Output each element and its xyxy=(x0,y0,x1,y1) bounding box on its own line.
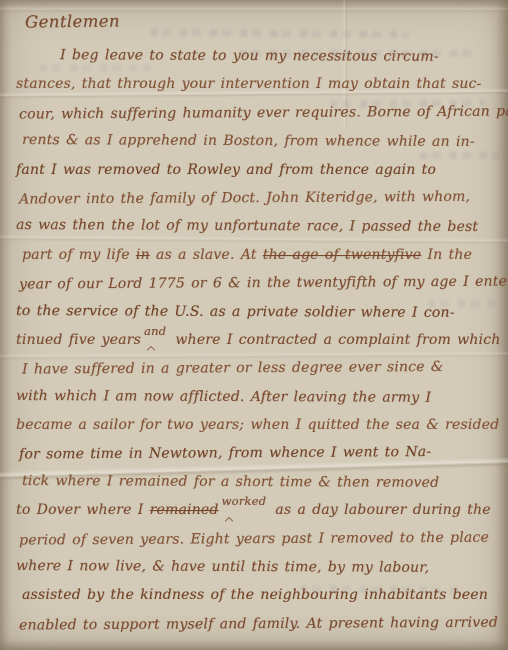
line-text: with which I am now afflicted. After lea… xyxy=(16,388,431,406)
line-text: period of seven years. Eight years past … xyxy=(19,529,489,548)
manuscript-line: enabled to support myself and family. At… xyxy=(19,608,502,639)
manuscript-line: with which I am now afflicted. After lea… xyxy=(16,382,502,413)
manuscript-line: rents & as I apprehend in Boston, from w… xyxy=(22,126,502,156)
manuscript-line-with-insertion: tinued five yearsand where I contracted … xyxy=(16,326,502,354)
line-text: part of my life xyxy=(22,247,136,263)
manuscript-line: for some time in Newtown, from whence I … xyxy=(19,438,502,469)
manuscript-line: as was then the lot of my unfortunate ra… xyxy=(16,211,502,242)
manuscript-line: cour, which suffering humanity ever requ… xyxy=(19,97,502,128)
manuscript-line: Andover into the family of Doct. John Ki… xyxy=(19,182,502,213)
line-text: Andover into the family of Doct. John Ki… xyxy=(19,189,470,208)
manuscript-line: to the service of the U.S. as a private … xyxy=(16,296,502,327)
line-text: stances, that through your intervention … xyxy=(16,76,481,92)
line-text: rents & as I apprehend in Boston, from w… xyxy=(22,132,475,150)
line-text: where I now live, & have until this time… xyxy=(16,558,429,576)
line-text: fant I was removed to Rowley and from th… xyxy=(16,162,436,178)
manuscript-line-with-corrections: part of my life in as a slave. At the ag… xyxy=(22,241,502,269)
line-text: to Dover where I xyxy=(16,502,150,518)
line-text: cour, which suffering humanity ever requ… xyxy=(19,103,508,122)
letter-body: I beg leave to state to you my necessito… xyxy=(16,42,502,638)
manuscript-line: period of seven years. Eight years past … xyxy=(19,523,502,554)
inserted-word: and xyxy=(144,317,166,345)
line-text: as a slave. At xyxy=(150,247,263,263)
line-text: to the service of the U.S. as a private … xyxy=(16,302,455,320)
manuscript-line: I beg leave to state to you my necessito… xyxy=(16,41,502,72)
manuscript-line: I have suffered in a greater or less deg… xyxy=(22,353,502,384)
manuscript-line: assisted by the kindness of the neighbou… xyxy=(22,581,502,609)
line-text: for some time in Newtown, from whence I … xyxy=(19,444,431,463)
line-text: I have suffered in a greater or less deg… xyxy=(22,359,444,378)
manuscript-page: Gentlemen I beg leave to state to you my… xyxy=(0,0,508,650)
line-text: In the xyxy=(421,247,472,263)
manuscript-line: became a sailor for two years; when I qu… xyxy=(16,411,502,439)
line-text: where I contracted a complaint from whic… xyxy=(169,332,500,348)
line-text: as was then the lot of my unfortunate ra… xyxy=(16,217,478,235)
line-text: as a day labourer during the xyxy=(269,502,491,518)
manuscript-line: stances, that through your intervention … xyxy=(16,70,502,98)
inserted-word: worked xyxy=(222,487,267,515)
line-text: became a sailor for two years; when I qu… xyxy=(16,417,499,433)
ink-bleedthrough xyxy=(150,29,410,38)
manuscript-line: year of our Lord 1775 or 6 & in the twen… xyxy=(19,268,502,299)
manuscript-line-with-corrections: to Dover where I remainedworked as a day… xyxy=(16,496,502,524)
line-text: year of our Lord 1775 or 6 & in the twen… xyxy=(19,273,508,292)
line-text: tinued five years xyxy=(16,332,141,348)
manuscript-line: fant I was removed to Rowley and from th… xyxy=(16,156,502,184)
line-text: assisted by the kindness of the neighbou… xyxy=(22,587,488,603)
manuscript-line: where I now live, & have until this time… xyxy=(16,552,502,583)
line-text: enabled to support myself and family. At… xyxy=(19,614,498,633)
struck-text: remained xyxy=(150,502,219,518)
struck-text: the age of twentyfive xyxy=(263,247,421,263)
struck-text: in xyxy=(136,247,150,263)
line-text: I beg leave to state to you my necessito… xyxy=(60,47,439,65)
salutation: Gentlemen xyxy=(25,12,120,32)
